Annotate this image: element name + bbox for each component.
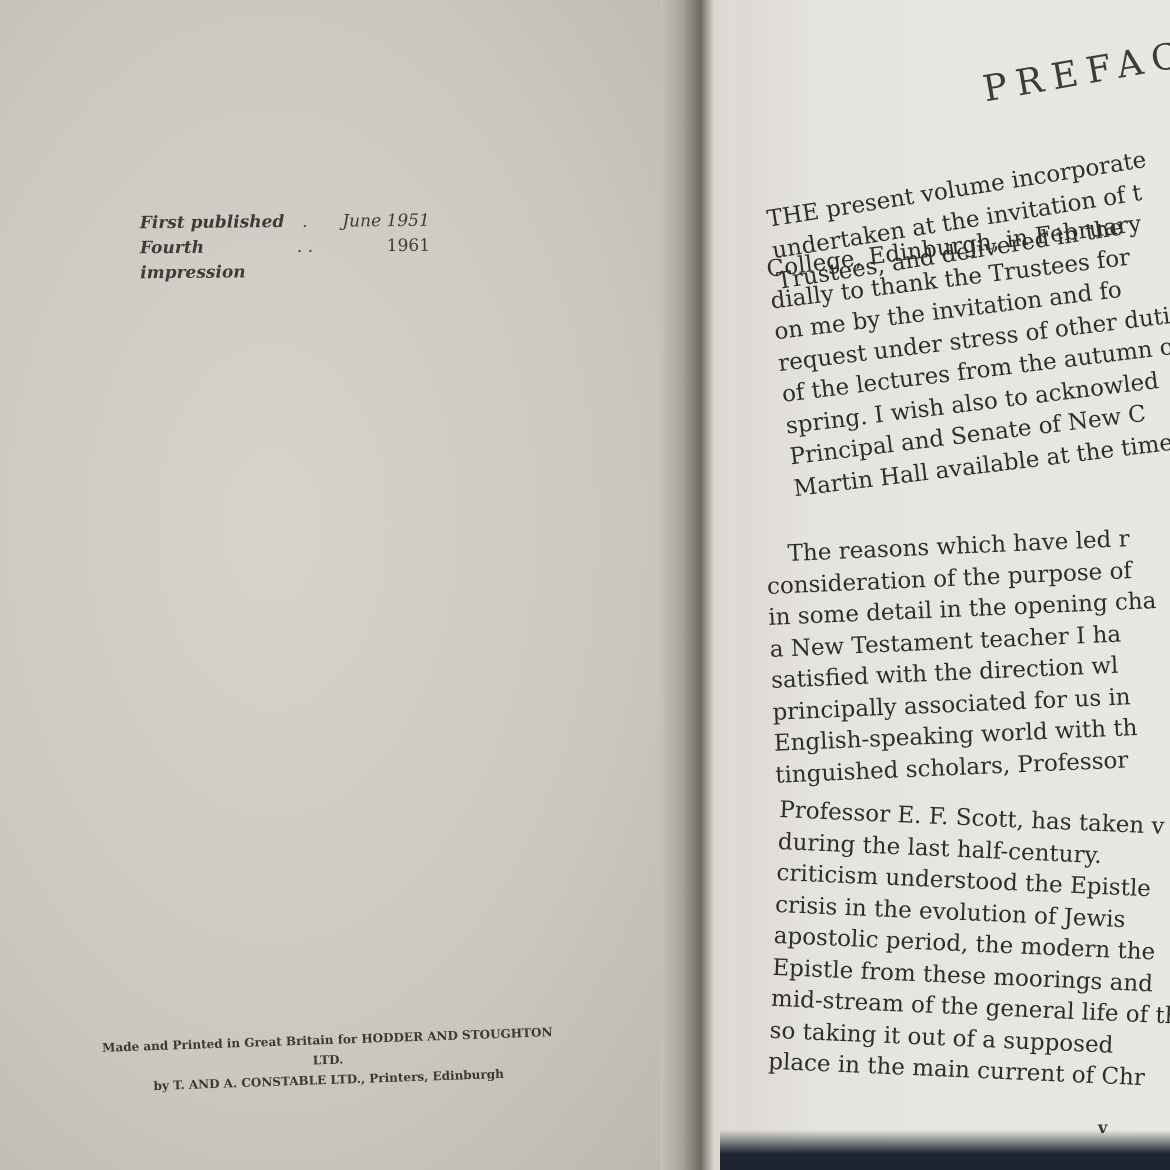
imprint-separator: . . [290, 235, 320, 285]
imprint-value: June 1951 [320, 209, 430, 235]
preface-body-bottom: Professor E. F. Scott, has taken v durin… [768, 795, 1170, 1103]
imprint-block: First published . June 1951 Fourth impre… [140, 209, 431, 287]
imprint-label: First published [140, 210, 290, 236]
left-page: First published . June 1951 Fourth impre… [0, 0, 680, 1170]
imprint-fourth-impression: Fourth impression . . 1961 [140, 234, 430, 287]
open-book-photo: First published . June 1951 Fourth impre… [0, 0, 1170, 1170]
imprint-label: Fourth impression [140, 235, 290, 286]
book-edge-shadow [720, 1130, 1170, 1170]
imprint-separator: . [290, 210, 320, 235]
preface-body-lower: The reasons which have led r considerati… [765, 516, 1170, 792]
imprint-first-published: First published . June 1951 [140, 209, 430, 237]
imprint-value: 1961 [320, 234, 430, 285]
printer-credit: Made and Printed in Great Britain for HO… [87, 1022, 569, 1099]
